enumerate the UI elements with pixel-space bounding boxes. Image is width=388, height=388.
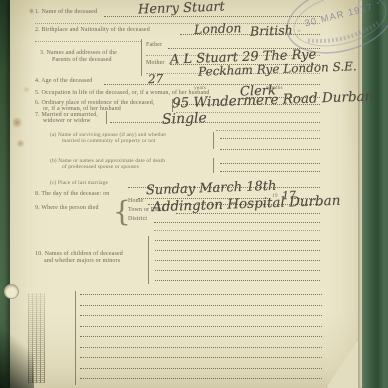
field-8-label: 8. The day of the decease: on <box>35 191 109 198</box>
dotted-line <box>80 305 322 306</box>
punch-hole <box>4 284 19 299</box>
dotted-line <box>155 260 320 261</box>
field-1-value: Henry Stuart <box>138 0 225 18</box>
field-2-label: 2. Birthplace and Nationality of the dec… <box>35 27 150 34</box>
field-9-label: 9. Where the person died <box>35 205 99 212</box>
dotted-line <box>110 122 320 123</box>
dotted-line <box>80 326 322 327</box>
dotted-line <box>80 357 322 358</box>
binding-corner-shadow <box>0 318 34 388</box>
field-2-value-place: London <box>194 20 242 37</box>
field-7-bracket <box>106 111 107 124</box>
dotted-line <box>80 336 322 337</box>
district-label: District <box>128 216 147 223</box>
stain <box>12 116 22 129</box>
stain <box>16 139 25 148</box>
scanned-death-notice-page: 30 MAR 1917 * * 1. Name of the deceased … <box>0 0 388 388</box>
continuation-bracket <box>75 291 76 385</box>
field-c-label: (c) Place of last marriage <box>50 181 108 187</box>
field-7-value: Single <box>162 110 207 128</box>
field-10-label-line1: 10. Names of children of deceased <box>35 251 123 258</box>
field-3-bracket <box>141 39 142 76</box>
dotted-line <box>220 138 320 139</box>
dotted-line <box>155 280 320 281</box>
dotted-line <box>155 270 320 271</box>
dotted-line <box>80 315 322 316</box>
stamp-star-left: * <box>297 28 303 37</box>
dotted-line <box>216 130 320 131</box>
father-label: Father <box>146 42 162 49</box>
field-2-value-nationality: British <box>250 22 293 38</box>
field-a-label-line2: married in community of property or not <box>62 139 156 145</box>
field-a-bracket <box>213 132 214 149</box>
dotted-line <box>35 41 141 42</box>
dotted-line <box>155 250 320 251</box>
dotted-line <box>220 149 320 150</box>
dotted-line <box>220 171 320 172</box>
stain <box>23 86 30 93</box>
dotted-line <box>80 294 322 295</box>
field-3-label-line1: 3. Names and addresses of the <box>40 50 117 57</box>
dotted-line <box>154 222 320 223</box>
dotted-line <box>104 16 320 17</box>
field-10-bracket <box>148 236 149 284</box>
field-4-value: 27 <box>148 72 164 87</box>
stain <box>29 8 34 14</box>
field-b-bracket <box>213 158 214 173</box>
mother-label: Mother <box>146 60 165 67</box>
field-1-label: 1. Name of the deceased <box>35 9 97 16</box>
field-7-label-line2: widower or widow <box>43 118 91 125</box>
field-10-label-line2: and whether majors or minors <box>44 258 120 265</box>
dotted-line <box>80 347 322 348</box>
dotted-line <box>155 240 320 241</box>
dotted-line <box>80 368 322 369</box>
dotted-line <box>104 84 320 85</box>
home-label: Home <box>128 198 143 205</box>
field-4-label: 4. Age of the deceased <box>35 78 92 85</box>
field-b-label-line2: of predeceased spouse or spouses <box>62 165 139 171</box>
field-3-label-line2: Parents of the deceased <box>52 57 112 64</box>
dotted-line <box>154 230 320 231</box>
dotted-line <box>220 163 320 164</box>
dotted-line <box>80 378 322 379</box>
